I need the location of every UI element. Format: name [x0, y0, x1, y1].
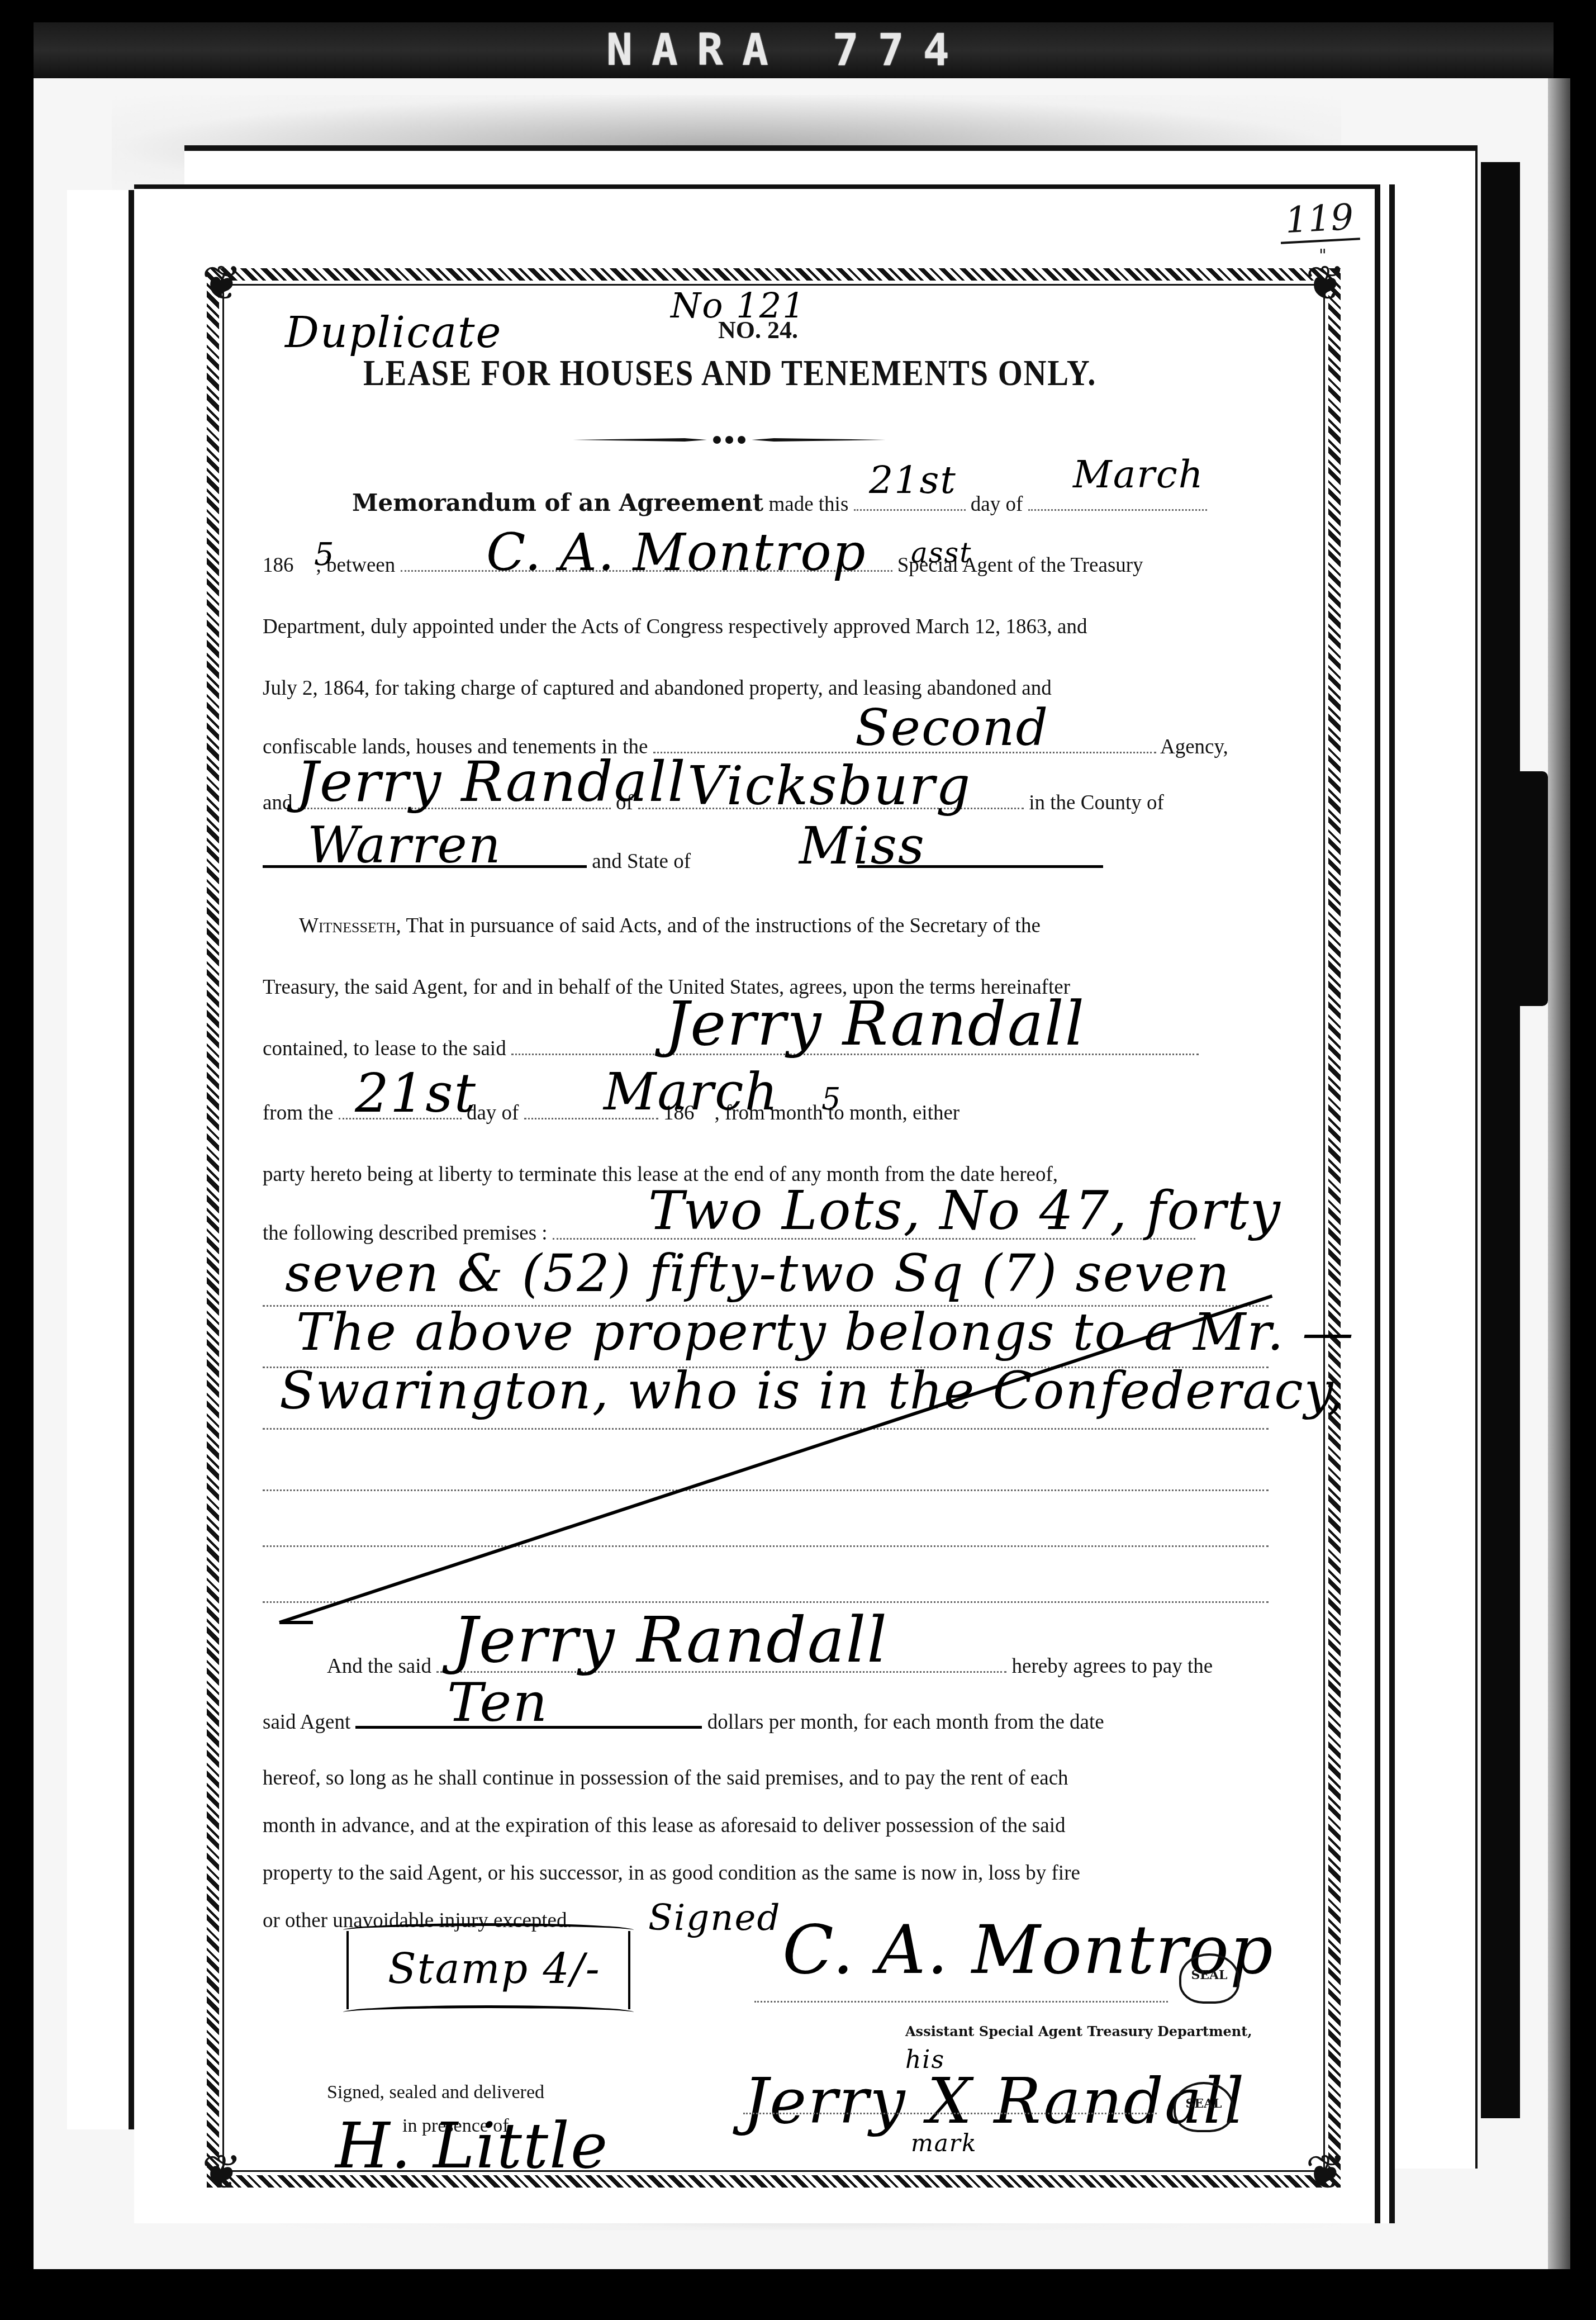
- stamp-note: Stamp 4/-: [388, 1945, 601, 1993]
- right-edge-strip: [1548, 78, 1570, 2269]
- corner-ornament-icon: ❦: [197, 2147, 247, 2198]
- witness-caption-1: Signed, sealed and delivered: [327, 2082, 1333, 2103]
- county-label: in the County of: [1029, 791, 1164, 814]
- signed-annotation: Signed: [648, 1897, 781, 1939]
- premises-label: the following described premises :: [263, 1222, 548, 1245]
- folio-number: 119: [1279, 196, 1360, 244]
- corner-ornament-icon: ❦: [1300, 2147, 1351, 2198]
- agency-value: Second: [855, 699, 1049, 757]
- and-label: and: [263, 791, 292, 814]
- premises-line-1: Two Lots, No 47, forty: [648, 1179, 1281, 1242]
- cancellation-stroke-foot: [279, 1621, 313, 1624]
- premises-rule-6: [263, 1523, 1269, 1547]
- made-this-label: made this: [768, 493, 848, 516]
- said-agent-label: said Agent: [263, 1711, 350, 1734]
- agent-caption: Assistant Special Agent Treasury Departm…: [905, 2023, 1596, 2039]
- witnesseth-line-1: Witnesseth, That in pursuance of said Ac…: [263, 914, 1269, 938]
- amount-value: Ten: [447, 1671, 548, 1734]
- premises-line-2: seven & (52) fifty-two Sq (7) seven: [285, 1244, 1231, 1303]
- corner-ornament-icon: ❦: [1300, 258, 1351, 309]
- city-value: Vicksburg: [687, 755, 971, 817]
- from-the-label: from the: [263, 1102, 333, 1125]
- dollars-label: dollars per month, for each month from t…: [707, 1711, 1104, 1734]
- agency-label: Agency,: [1160, 736, 1228, 758]
- month-field: [1028, 509, 1207, 511]
- agent-prefix-value: asst: [911, 537, 972, 569]
- premises-rule-5: [263, 1467, 1269, 1491]
- month-value: March: [1073, 453, 1204, 497]
- agent-signature-line: [754, 1995, 1168, 2003]
- left-sheet-edge: [67, 190, 135, 2129]
- corner-ornament-icon: ❦: [197, 258, 247, 309]
- lessee-signature-line: [743, 2107, 1157, 2114]
- witnesseth-text: That in pursuance of said Acts, and of t…: [406, 914, 1040, 937]
- payment-line-3: hereof, so long as he shall continue in …: [263, 1766, 1269, 1790]
- agent-name-value: C. A. Montrop: [486, 523, 867, 582]
- witnesseth-label: Witnesseth,: [299, 914, 401, 937]
- state-label: and State of: [592, 850, 691, 873]
- year-value-2: 5: [821, 1081, 842, 1117]
- agreement-line-3: Department, duly appointed under the Act…: [263, 615, 1269, 639]
- agrees-label: hereby agrees to pay the: [1012, 1655, 1213, 1678]
- lessee-value-2: Jerry Randall: [665, 989, 1085, 1059]
- duplicate-annotation: Duplicate: [285, 307, 502, 357]
- payment-line-4: month in advance, and at the expiration …: [263, 1814, 1269, 1838]
- right-shadow-blob: [1509, 771, 1548, 1006]
- year-prefix: 186: [263, 554, 294, 577]
- premises-line-4: Swarington, who is in the Confederacy,: [279, 1361, 1345, 1421]
- form-number: NO. 24.: [718, 316, 798, 344]
- right-shadow: [1481, 162, 1520, 2118]
- stamp-box: Stamp 4/-: [346, 1931, 630, 2009]
- premises-line-3: The above property belongs to a Mr. —: [296, 1302, 1355, 1362]
- memorandum-heading: Memorandum of an Agreement: [352, 489, 763, 516]
- payment-line-5: property to the said Agent, or his succe…: [263, 1861, 1269, 1885]
- year-value: 5: [314, 537, 335, 573]
- day-value: 21st: [869, 458, 957, 502]
- title-rule-ornament-icon: [573, 436, 886, 444]
- document-title: LEASE FOR HOUSES AND TENEMENTS ONLY.: [363, 352, 1096, 395]
- day-field: [854, 509, 966, 511]
- state-value: Miss: [799, 816, 925, 876]
- from-day-value: 21st: [355, 1062, 477, 1125]
- payment-line-2: said Agent dollars per month, for each m…: [263, 1710, 1269, 1734]
- premises-rule-7: [263, 1579, 1269, 1603]
- and-the-said-label: And the said: [327, 1655, 431, 1678]
- from-month-value: March: [604, 1062, 779, 1122]
- lessee-name-value: Jerry Randall: [296, 749, 686, 814]
- lessee-value-3: Jerry Randall: [453, 1604, 888, 1677]
- agent-seal: SEAL: [1179, 1953, 1239, 2004]
- witness-signature: H. Little: [335, 2110, 609, 2183]
- county-value: Warren: [307, 816, 502, 875]
- day-of-label: day of: [971, 493, 1023, 516]
- film-reel-label: NARA 774: [606, 25, 968, 75]
- contained-label: contained, to lease to the said: [263, 1037, 506, 1060]
- agreement-line-4: July 2, 1864, for taking charge of captu…: [263, 676, 1269, 700]
